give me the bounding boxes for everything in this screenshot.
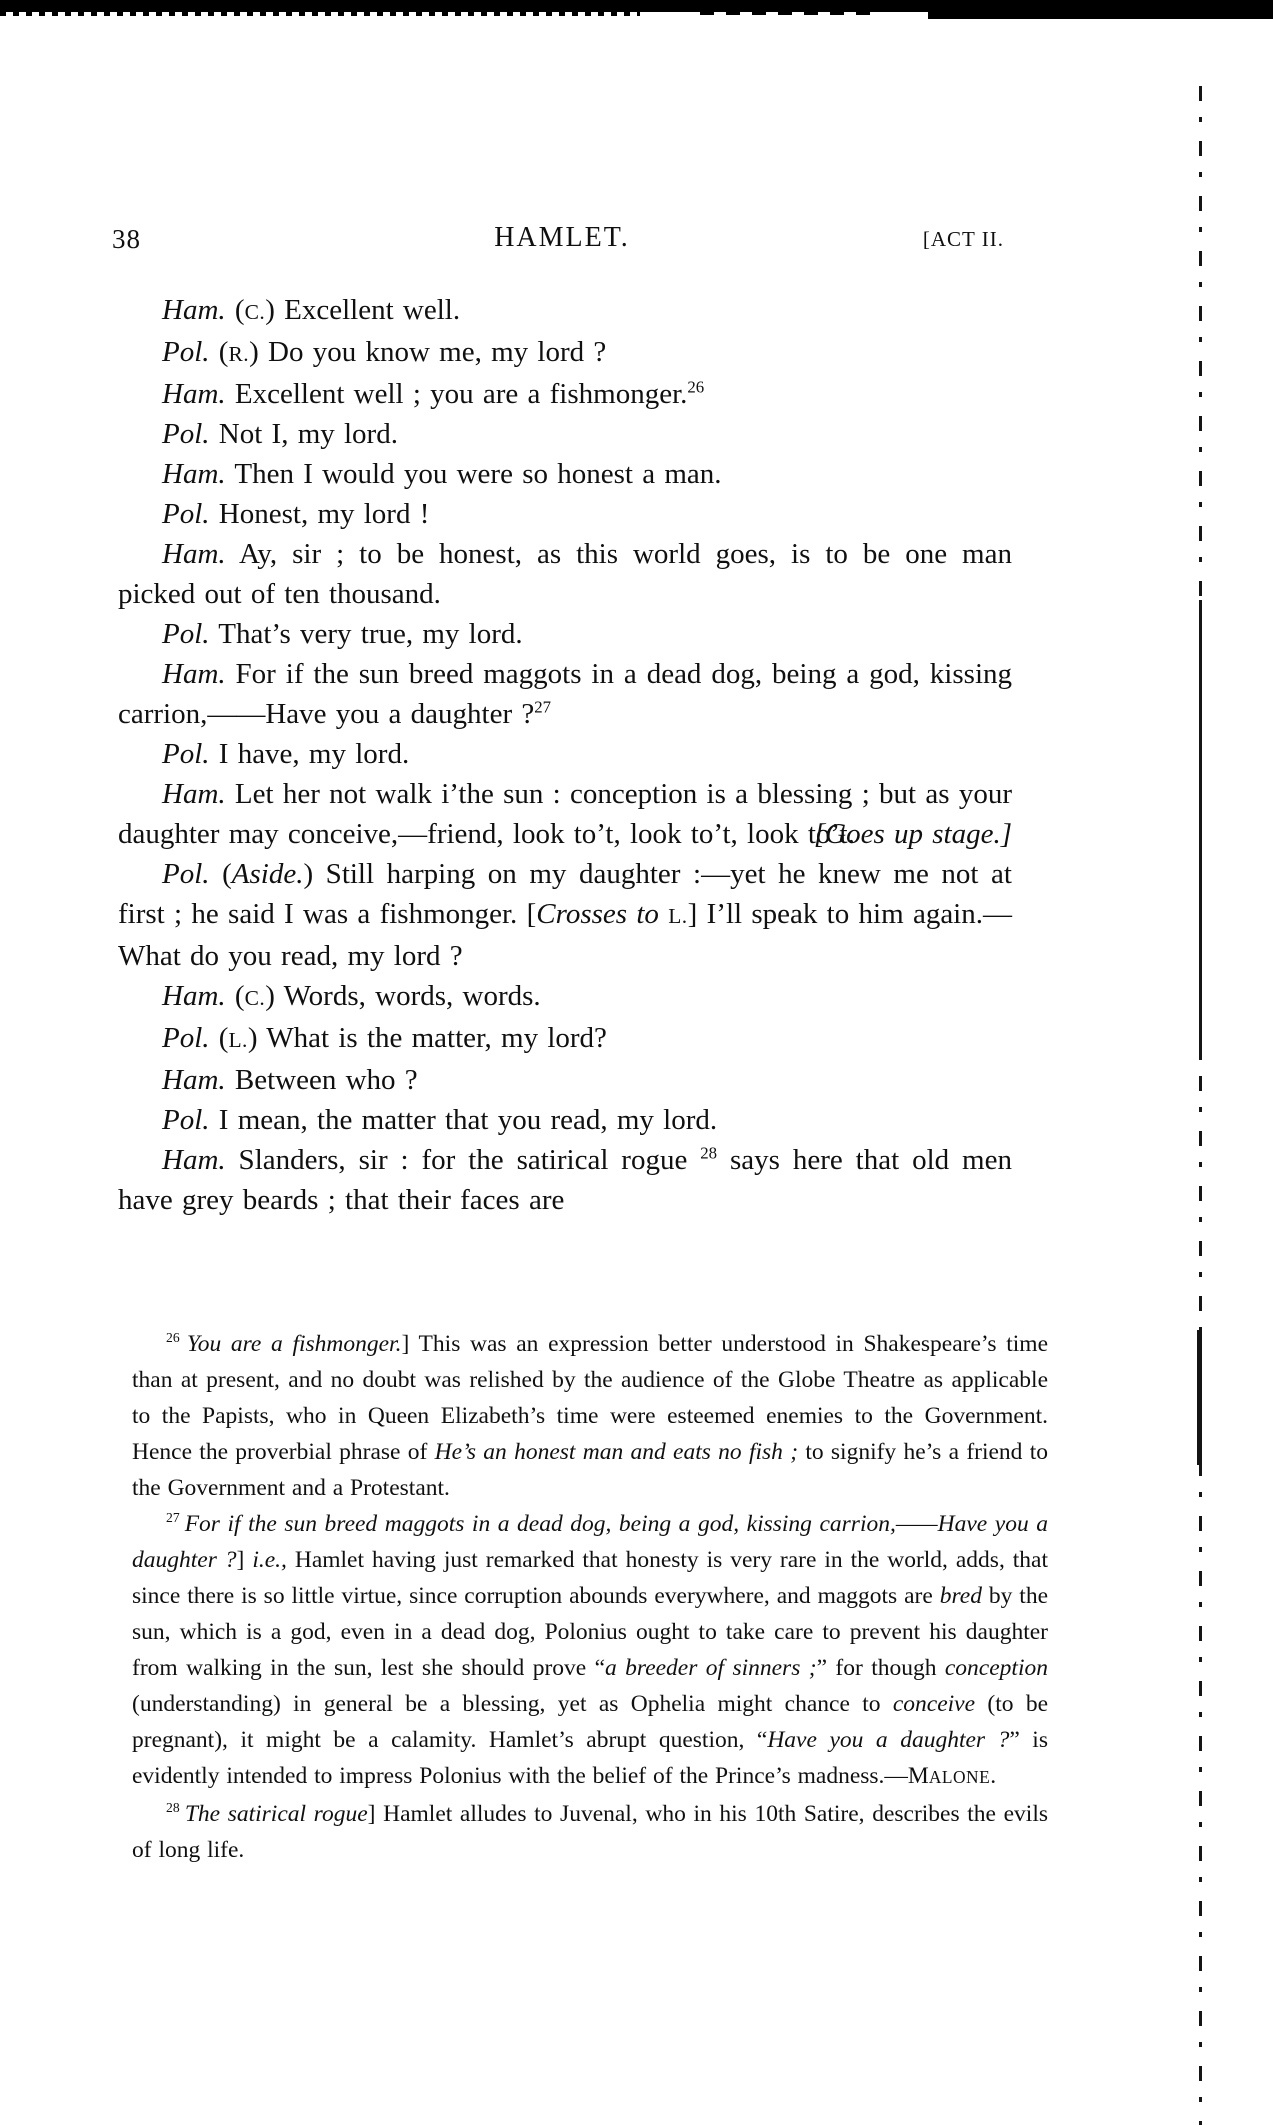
speech-paragraph: Pol. I have, my lord. [118,734,1012,774]
text-run: Between who ? [226,1064,418,1096]
text-run: Ham. [162,378,226,410]
text-run: ( [226,980,245,1012]
speech-paragraph: Pol. (l.) What is the matter, my lord? [118,1018,1012,1060]
speech-paragraph: Ham. (c.) Excellent well. [118,290,1012,332]
text-run: conceive [893,1691,975,1717]
text-run: Ham. [162,980,226,1012]
text-run: ) Excellent well. [265,294,460,326]
text-run: 27 [534,697,551,716]
text-run: ) Do you know me, my lord ? [249,336,606,368]
text-run: Then I would you were so honest a man. [226,458,722,490]
speech-paragraph: Ham. Excellent well ; you are a fishmong… [118,374,1012,414]
text-run: bred [940,1583,982,1609]
body-text: Ham. (c.) Excellent well.Pol. (r.) Do yo… [118,290,1012,1220]
text-run: For if the sun breed maggots in a dead d… [118,658,1012,730]
text-run: Pol. [162,336,210,368]
text-run: 26 [687,377,704,396]
text-run: Ay, sir ; to be honest, as this world go… [118,538,1012,610]
text-run: r. [228,342,249,366]
page-binding-line-blob [1197,1330,1202,1465]
text-run: 26 [166,1330,187,1345]
text-run: Ham. [162,1144,226,1176]
text-run: Have you a daughter ? [767,1727,1009,1753]
text-run: Not I, my lord. [210,418,398,450]
footnotes: 26 You are a fishmonger.] This was an ex… [132,1326,1048,1868]
text-run: (understanding) in general be a blessing… [132,1691,893,1717]
running-title: HAMLET. [494,222,630,254]
text-run: You are a fishmonger. [187,1331,402,1357]
text-run: a breeder of sinners ; [605,1655,817,1681]
footnote-paragraph: 27 For if the sun breed maggots in a dea… [132,1506,1048,1796]
footnote-paragraph: 28 The satirical rogue] Hamlet alludes t… [132,1796,1048,1868]
text-run: Ham. [162,658,226,690]
text-run: Pol. [162,618,210,650]
text-run: Excellent well ; you are a fishmonger. [226,378,688,410]
speech-paragraph: Pol. Not I, my lord. [118,414,1012,454]
text-run: He’s an honest man and eats no fish ; [435,1439,798,1465]
text-run: The satirical rogue [185,1801,368,1827]
text-run: Pol. [162,498,210,530]
text-run: I mean, the matter that you read, my lor… [210,1104,718,1136]
text-run: ( [210,858,232,890]
text-run: 28 [166,1800,185,1815]
text-run: Pol. [162,1104,210,1136]
text-run: Ham. [162,458,226,490]
speech-paragraph: Ham. Let her not walk i’the sun : concep… [118,774,1012,854]
text-run: Ham. [162,294,226,326]
scan-edge-band-fringe [0,12,640,16]
text-run: Pol. [162,858,210,890]
text-run: l. [668,904,687,928]
text-run: Crosses to [536,898,668,930]
page-header: 38 HAMLET. [ACT II. [112,222,1012,256]
scan-edge-band-mid [700,12,880,15]
speech-paragraph: Pol. Honest, my lord ! [118,494,1012,534]
speech-paragraph: Ham. Then I would you were so honest a m… [118,454,1012,494]
text-run: Ham. [162,1064,226,1096]
text-run: 27 [166,1510,185,1525]
speech-paragraph: Pol. That’s very true, my lord. [118,614,1012,654]
text-run: Pol. [162,738,210,770]
text-run: Slanders, sir : for the satirical rogue [226,1144,701,1176]
text-run: Honest, my lord ! [210,498,430,530]
scan-edge-band-right [928,0,1273,19]
text-run: 28 [700,1143,717,1162]
footnote-paragraph: 26 You are a fishmonger.] This was an ex… [132,1326,1048,1506]
text-run: c. [245,986,266,1010]
text-run: Pol. [162,1022,210,1054]
text-run: l. [228,1028,247,1052]
book-page-scan: 38 HAMLET. [ACT II. Ham. (c.) Excellent … [0,0,1273,2125]
text-run: i.e., [252,1547,287,1573]
act-header: [ACT II. [923,227,1004,252]
speech-paragraph: Ham. Ay, sir ; to be honest, as this wor… [118,534,1012,614]
speech-paragraph: Ham. Between who ? [118,1060,1012,1100]
speech-paragraph: Ham. Slanders, sir : for the satirical r… [118,1140,1012,1220]
text-run: ( [210,1022,229,1054]
text-run: [Goes up stage.] [814,814,1012,854]
text-run: I have, my lord. [210,738,410,770]
page-binding-line-solid [1199,600,1202,1060]
speech-paragraph: Pol. I mean, the matter that you read, m… [118,1100,1012,1140]
text-run: ” for though [817,1655,945,1681]
text-run: Aside. [232,858,304,890]
text-run: conception [945,1655,1048,1681]
text-run: Ham. [162,778,226,810]
text-run: Ham. [162,538,226,570]
speech-paragraph: Pol. (r.) Do you know me, my lord ? [118,332,1012,374]
text-run: ( [226,294,245,326]
text-run: ) What is the matter, my lord? [248,1022,607,1054]
text-run: ( [210,336,229,368]
text-run: That’s very true, my lord. [210,618,523,650]
page-binding-line [1199,86,1202,2125]
text-run: Pol. [162,418,210,450]
text-run: ] [237,1547,253,1573]
speech-paragraph: Ham. For if the sun breed maggots in a d… [118,654,1012,734]
page-number: 38 [112,224,141,255]
text-run: ) Words, words, words. [265,980,540,1012]
text-run: alone [929,1768,990,1787]
text-run: c. [245,300,266,324]
speech-paragraph: Pol. (Aside.) Still harping on my daught… [118,854,1012,976]
speech-paragraph: Ham. (c.) Words, words, words. [118,976,1012,1018]
text-run: . [990,1763,996,1789]
